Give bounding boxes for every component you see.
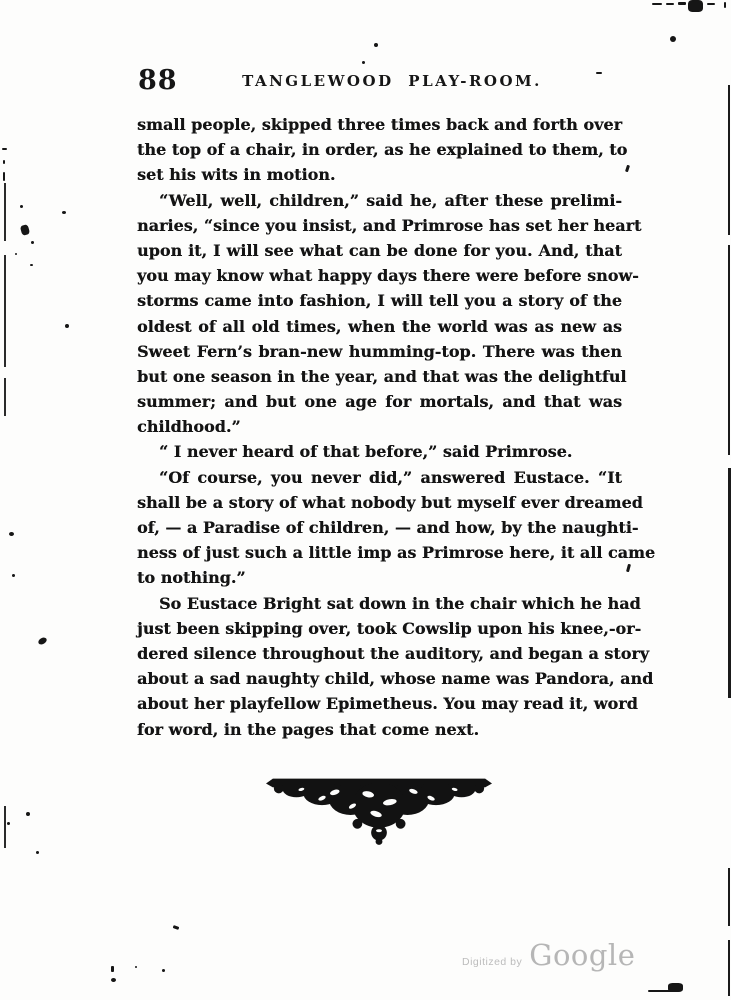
- text-line: for word, in the pages that come next.: [137, 717, 622, 742]
- text-line: the top of a chair, in order, as he expl…: [137, 137, 622, 162]
- text-line: summer; and but one age for mortals, and…: [137, 389, 622, 414]
- scan-speck: [625, 165, 630, 173]
- watermark-prefix-label: Digitized by: [462, 956, 522, 968]
- scan-speck: [668, 983, 683, 992]
- scan-speck: [31, 241, 34, 244]
- scan-speck: [111, 978, 116, 982]
- running-title: TANGLEWOOD PLAY-ROOM.: [150, 72, 634, 90]
- text-line: about a sad naughty child, whose name wa…: [137, 666, 622, 691]
- scan-speck: [652, 3, 662, 5]
- text-line: small people, skipped three times back a…: [137, 112, 622, 137]
- scan-speck: [626, 564, 631, 573]
- text-line: naries, “since you insist, and Primrose …: [137, 213, 622, 238]
- scan-speck: [374, 43, 378, 47]
- scan-edge-line: [4, 806, 6, 848]
- text-line: shall be a story of what nobody but myse…: [137, 490, 622, 515]
- tailpiece-ornament-image: [266, 776, 492, 848]
- scan-speck: [3, 160, 5, 164]
- scan-edge-line: [4, 183, 6, 241]
- text-line: upon it, I will see what can be done for…: [137, 238, 622, 263]
- scan-speck: [12, 574, 15, 577]
- scan-speck: [36, 851, 39, 854]
- scan-speck: [20, 224, 30, 236]
- text-line: childhood.”: [137, 414, 622, 439]
- scan-speck: [2, 148, 7, 150]
- scan-speck: [678, 2, 686, 5]
- scan-speck: [15, 253, 17, 255]
- digitization-watermark: Digitized by Google: [462, 938, 635, 972]
- scan-speck: [3, 172, 5, 181]
- scan-edge-line: [4, 378, 6, 416]
- text-line: of, — a Paradise of children, — and how,…: [137, 515, 622, 540]
- text-line: to nothing.”: [137, 565, 622, 590]
- scan-speck: [670, 36, 676, 42]
- text-line: ness of just such a little imp as Primro…: [137, 540, 622, 565]
- scan-speck: [162, 969, 165, 972]
- text-line: “ I never heard of that before,” said Pr…: [137, 439, 622, 464]
- text-line: “Well, well, children,” said he, after t…: [137, 188, 622, 213]
- scan-speck: [37, 636, 48, 646]
- text-column: small people, skipped three times back a…: [137, 112, 622, 742]
- scan-edge-line: [728, 940, 730, 996]
- text-line: So Eustace Bright sat down in the chair …: [137, 591, 622, 616]
- scan-speck: [707, 3, 715, 5]
- scan-edge-line: [4, 255, 6, 367]
- scan-edge-line: [728, 245, 730, 455]
- scan-speck: [362, 61, 365, 64]
- scan-speck: [62, 211, 66, 214]
- scan-speck: [724, 2, 726, 8]
- scanned-book-page: 88 TANGLEWOOD PLAY-ROOM. small people, s…: [0, 0, 731, 1000]
- scan-speck: [173, 925, 180, 930]
- text-line: dered silence throughout the auditory, a…: [137, 641, 622, 666]
- text-line: oldest of all old times, when the world …: [137, 314, 622, 339]
- text-line: but one season in the year, and that was…: [137, 364, 622, 389]
- scan-speck: [666, 3, 674, 5]
- scan-speck: [30, 264, 33, 266]
- scan-speck: [111, 966, 114, 972]
- scan-speck: [135, 966, 137, 968]
- text-line: you may know what happy days there were …: [137, 263, 622, 288]
- google-logo: Google: [529, 938, 635, 972]
- scan-speck: [20, 205, 23, 208]
- text-line: storms came into fashion, I will tell yo…: [137, 288, 622, 313]
- scan-speck: [7, 822, 10, 825]
- scan-speck: [688, 0, 703, 12]
- text-line: set his wits in motion.: [137, 162, 622, 187]
- text-line: “Of course, you never did,” answered Eus…: [137, 465, 622, 490]
- scan-speck: [9, 532, 14, 536]
- scan-speck: [65, 324, 69, 328]
- scan-speck: [26, 812, 30, 816]
- text-line: about her playfellow Epimetheus. You may…: [137, 691, 622, 716]
- scan-edge-line: [728, 868, 730, 926]
- text-line: just been skipping over, took Cowslip up…: [137, 616, 622, 641]
- text-line: Sweet Fern’s bran-new humming-top. There…: [137, 339, 622, 364]
- scan-speck: [596, 72, 602, 74]
- scan-edge-line: [728, 85, 730, 235]
